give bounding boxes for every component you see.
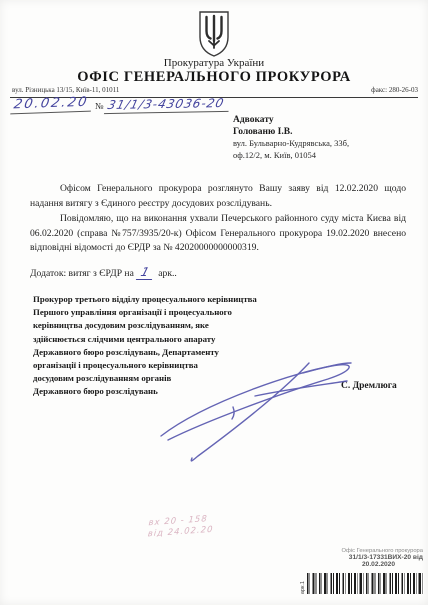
incoming-registration-note: вх 20 - 158 від 24.02.20 (147, 514, 214, 541)
stamp-number: 31/1/3-17331ВИХ-20 від (263, 554, 423, 561)
body-paragraph-1: Офісом Генерального прокурора розглянуто… (30, 182, 406, 211)
body-paragraph-2: Повідомляю, що на виконання ухвали Печер… (30, 212, 406, 256)
addressee-city: оф.12/2, м. Київ, 01054 (233, 150, 349, 162)
attachment-prefix: Додаток: витяг з ЄРДР на (30, 268, 134, 279)
addressee-block: Адвокату Голованю І.В. вул. Бульварно-Ку… (233, 115, 349, 161)
signer-title-line: організації і процесуального керівництва (33, 359, 283, 372)
signer-title-line: Державного бюро розслідувань (33, 385, 283, 398)
org-name-main: ОФІС ГЕНЕРАЛЬНОГО ПРОКУРОРА (0, 69, 428, 86)
signer-title-block: Прокурор третього відділу процесуального… (33, 293, 283, 399)
barcode (307, 573, 424, 594)
org-postal-address: вул. Різницька 13/15, Київ-11, 01011 (12, 86, 119, 94)
signer-title-line: Першого управління організації і процесу… (33, 306, 283, 319)
attachment-line: Додаток: витяг з ЄРДР на 1 арк.. (30, 265, 177, 280)
addressee-role: Адвокату (233, 115, 349, 127)
ukraine-trident-emblem-icon (197, 11, 231, 57)
handwritten-sheet-count: 1 (136, 265, 156, 280)
header-address-row: вул. Різницька 13/15, Київ-11, 01011 фак… (12, 86, 418, 94)
org-fax: факс: 280-26-03 (371, 86, 418, 94)
signer-title-line: досудовим розслідуванням органів (33, 372, 283, 385)
registration-stamp: Офіс Генерального прокурора 31/1/3-17331… (263, 548, 423, 568)
signer-name: С. Дремлюга (341, 381, 397, 391)
signer-title-line: Прокурор третього відділу процесуального… (33, 293, 283, 306)
signer-title-line: керівництва досудовим розслідуванням, як… (33, 319, 283, 332)
stamp-date: 20.02.2020 (263, 561, 423, 568)
stamp-sheets-label: арк.1 (300, 581, 306, 594)
attachment-suffix: арк.. (158, 268, 177, 279)
number-sign: № (95, 101, 104, 111)
addressee-name: Голованю І.В. (233, 127, 349, 139)
org-name-small: Прокуратура України (0, 57, 428, 69)
handwritten-number: 31/1/3-43036-20 (104, 96, 232, 114)
stamp-barcode-row: арк.1 (300, 573, 424, 594)
addressee-street: вул. Бульварно-Кудрявська, 33б, (233, 138, 349, 150)
handwritten-date: 20.02.20 (10, 95, 93, 115)
outgoing-reference: 20.02.20 № 31/1/3-43036-20 (12, 96, 230, 113)
scanned-letter-page: Прокуратура України ОФІС ГЕНЕРАЛЬНОГО ПР… (0, 0, 428, 605)
signer-title-line: Державного бюро розслідувань, Департамен… (33, 346, 283, 359)
signer-title-line: здійснюється слідчими центрального апара… (33, 333, 283, 346)
